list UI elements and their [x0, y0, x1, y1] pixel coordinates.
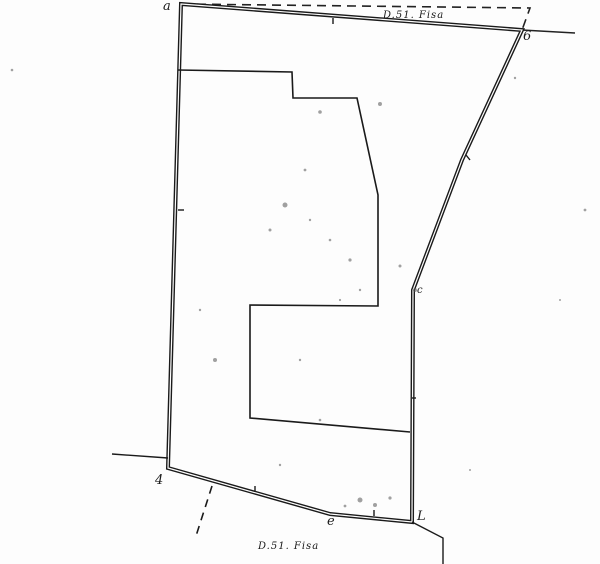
building-outline — [178, 70, 410, 432]
road-label-bottom: D.51. Fisa — [258, 542, 319, 552]
corner-label-d: L — [417, 510, 426, 523]
scan-noise — [11, 69, 587, 508]
neighbor-line-left — [112, 454, 168, 458]
site-plan: a 6 c L e 4 D.51. Fisa D.51. Fisa — [0, 0, 600, 564]
corner-label-e: e — [327, 515, 335, 528]
dashed-line-bottom — [196, 486, 212, 536]
road-line-bottom-right — [412, 522, 443, 564]
parcel-boundary — [168, 4, 522, 522]
plan-drawing — [0, 0, 600, 564]
corner-label-b: 6 — [523, 30, 531, 43]
corner-label-c: c — [417, 286, 423, 296]
tick-marks — [178, 18, 470, 516]
corner-label-a: a — [163, 0, 171, 13]
road-label-top: D.51. Fisa — [383, 11, 444, 21]
corner-label-f: 4 — [155, 474, 163, 487]
